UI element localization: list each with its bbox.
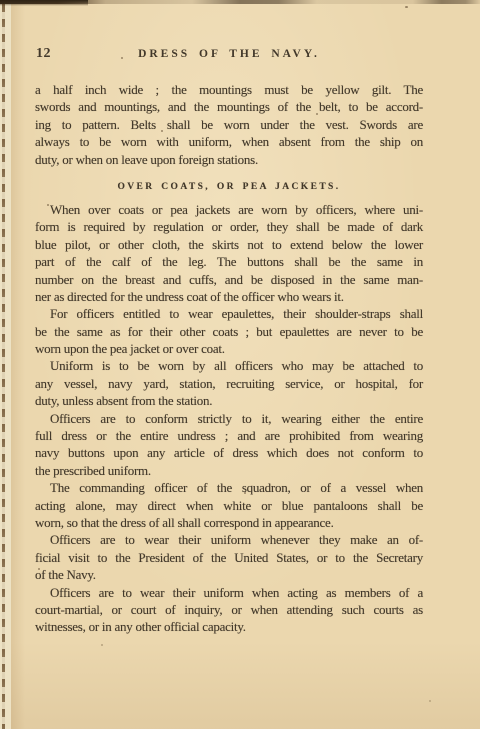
- running-title: DRESS OF THE NAVY.: [35, 48, 423, 60]
- text-line: duty, unless absent from the station.: [35, 392, 423, 409]
- speck: [161, 130, 163, 132]
- paragraph: For officers entitled to wear epaulettes…: [35, 305, 423, 357]
- text-line: be the same as for their other coats ; b…: [35, 323, 423, 340]
- paragraph: The commanding officer of the squadron, …: [35, 479, 423, 531]
- text-line: Uniform is to be worn by all officers wh…: [35, 357, 423, 374]
- text-line: worn, so that the dress of all shall cor…: [35, 514, 423, 531]
- text-line: of the Navy.: [35, 566, 423, 583]
- text-line: full dress or the entire undress ; and a…: [35, 427, 423, 444]
- paragraph: a half inch wide ; the mountings must be…: [35, 81, 423, 168]
- scanned-page: 12 DRESS OF THE NAVY. a half inch wide ;…: [0, 0, 480, 729]
- running-head: 12 DRESS OF THE NAVY.: [35, 46, 423, 64]
- text-line: worn upon the pea jacket or over coat.: [35, 340, 423, 357]
- text-line: navy buttons upon any article of dress w…: [35, 444, 423, 461]
- speck: [405, 6, 408, 8]
- text-line: form is required by regulation or order,…: [35, 218, 423, 235]
- text-line: witnesses, or in any other official capa…: [35, 618, 423, 635]
- text-line: number on the breast and cuffs, and be d…: [35, 271, 423, 288]
- text-line: The commanding officer of the squadron, …: [35, 479, 423, 496]
- text-line: Officers are to conform strictly to it, …: [35, 410, 423, 427]
- text-line: blue pilot, or other cloth, the skirts n…: [35, 236, 423, 253]
- text-line: When over coats or pea jackets are worn …: [35, 201, 423, 218]
- text-line: always to be worn with uniform, when abs…: [35, 133, 423, 150]
- text-line: any vessel, navy yard, station, recruiti…: [35, 375, 423, 392]
- paper-surface: 12 DRESS OF THE NAVY. a half inch wide ;…: [11, 0, 480, 729]
- text-line: a half inch wide ; the mountings must be…: [35, 81, 423, 98]
- section-heading: OVER COATS, OR PEA JACKETS.: [35, 180, 423, 194]
- speck: [38, 568, 40, 570]
- speck: [244, 492, 246, 494]
- page-top-edge-blotch: [0, 0, 88, 6]
- page-fold-dashed-line: [2, 4, 5, 729]
- paragraph: Officers are to wear their uniform whene…: [35, 531, 423, 583]
- text-line: acting alone, may direct when white or b…: [35, 497, 423, 514]
- text-line: Officers are to wear their uniform whene…: [35, 531, 423, 548]
- speck: [316, 113, 318, 115]
- text-line: duty, or when on leave upon foreign stat…: [35, 151, 423, 168]
- text-line: court-martial, or court of inquiry, or w…: [35, 601, 423, 618]
- text-line: part of the calf of the leg. The buttons…: [35, 253, 423, 270]
- speck: [429, 700, 431, 702]
- paragraph: When over coats or pea jackets are worn …: [35, 201, 423, 305]
- paragraph: Uniform is to be worn by all officers wh…: [35, 357, 423, 409]
- text-line: ing to pattern. Belts shall be worn unde…: [35, 116, 423, 133]
- paragraph: Officers are to conform strictly to it, …: [35, 410, 423, 480]
- paragraph: Officers are to wear their uniform when …: [35, 584, 423, 636]
- text-line: ficial visit to the President of the Uni…: [35, 549, 423, 566]
- text-block: a half inch wide ; the mountings must be…: [35, 81, 423, 636]
- text-line: ner as directed for the undress coat of …: [35, 288, 423, 305]
- text-line: Officers are to wear their uniform when …: [35, 584, 423, 601]
- speck: [47, 204, 49, 206]
- speck: [101, 644, 103, 646]
- text-line: For officers entitled to wear epaulettes…: [35, 305, 423, 322]
- text-line: swords and mountings, and the mountings …: [35, 98, 423, 115]
- text-line: the prescribed uniform.: [35, 462, 423, 479]
- speck: [121, 57, 123, 59]
